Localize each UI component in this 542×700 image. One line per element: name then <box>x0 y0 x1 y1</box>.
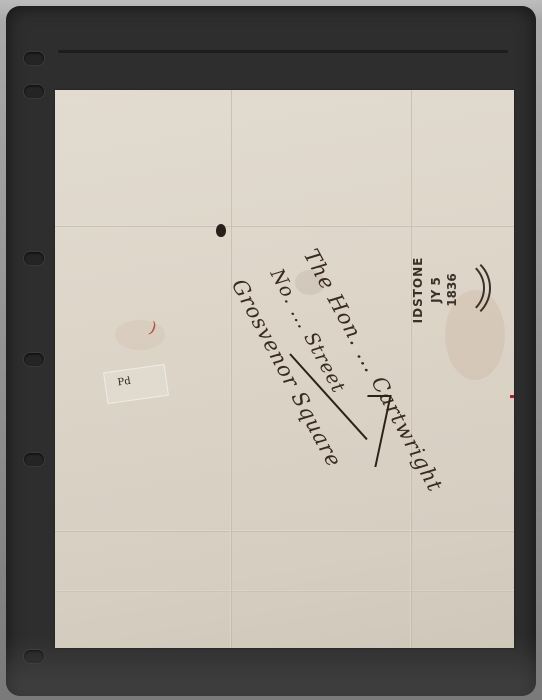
postmark-year: 1836 <box>445 250 459 330</box>
binder-hole <box>24 252 44 265</box>
fold-line <box>55 530 514 532</box>
sleeve-top-rail <box>58 50 508 53</box>
docket-text: Pd <box>117 376 132 389</box>
postmark-town: IDSTONE <box>411 250 425 330</box>
fold-line <box>55 590 514 592</box>
ink-blot <box>216 224 226 237</box>
fold-line <box>55 225 514 227</box>
binder-hole <box>24 353 44 366</box>
red-wax-fragment <box>510 395 514 398</box>
photo-background: ) Pd The Hon. ... Cartwright No. ... Str… <box>0 0 542 700</box>
postmark: IDSTONE JY 5 1836 <box>405 250 485 330</box>
binder-hole <box>24 453 44 466</box>
folded-letter: ) Pd The Hon. ... Cartwright No. ... Str… <box>55 90 514 648</box>
binder-hole <box>24 85 44 98</box>
address-block: The Hon. ... Cartwright No. ... Street G… <box>230 240 430 520</box>
docket-label: Pd <box>103 364 169 404</box>
binder-hole <box>24 52 44 65</box>
postmark-date: JY 5 <box>429 250 443 330</box>
